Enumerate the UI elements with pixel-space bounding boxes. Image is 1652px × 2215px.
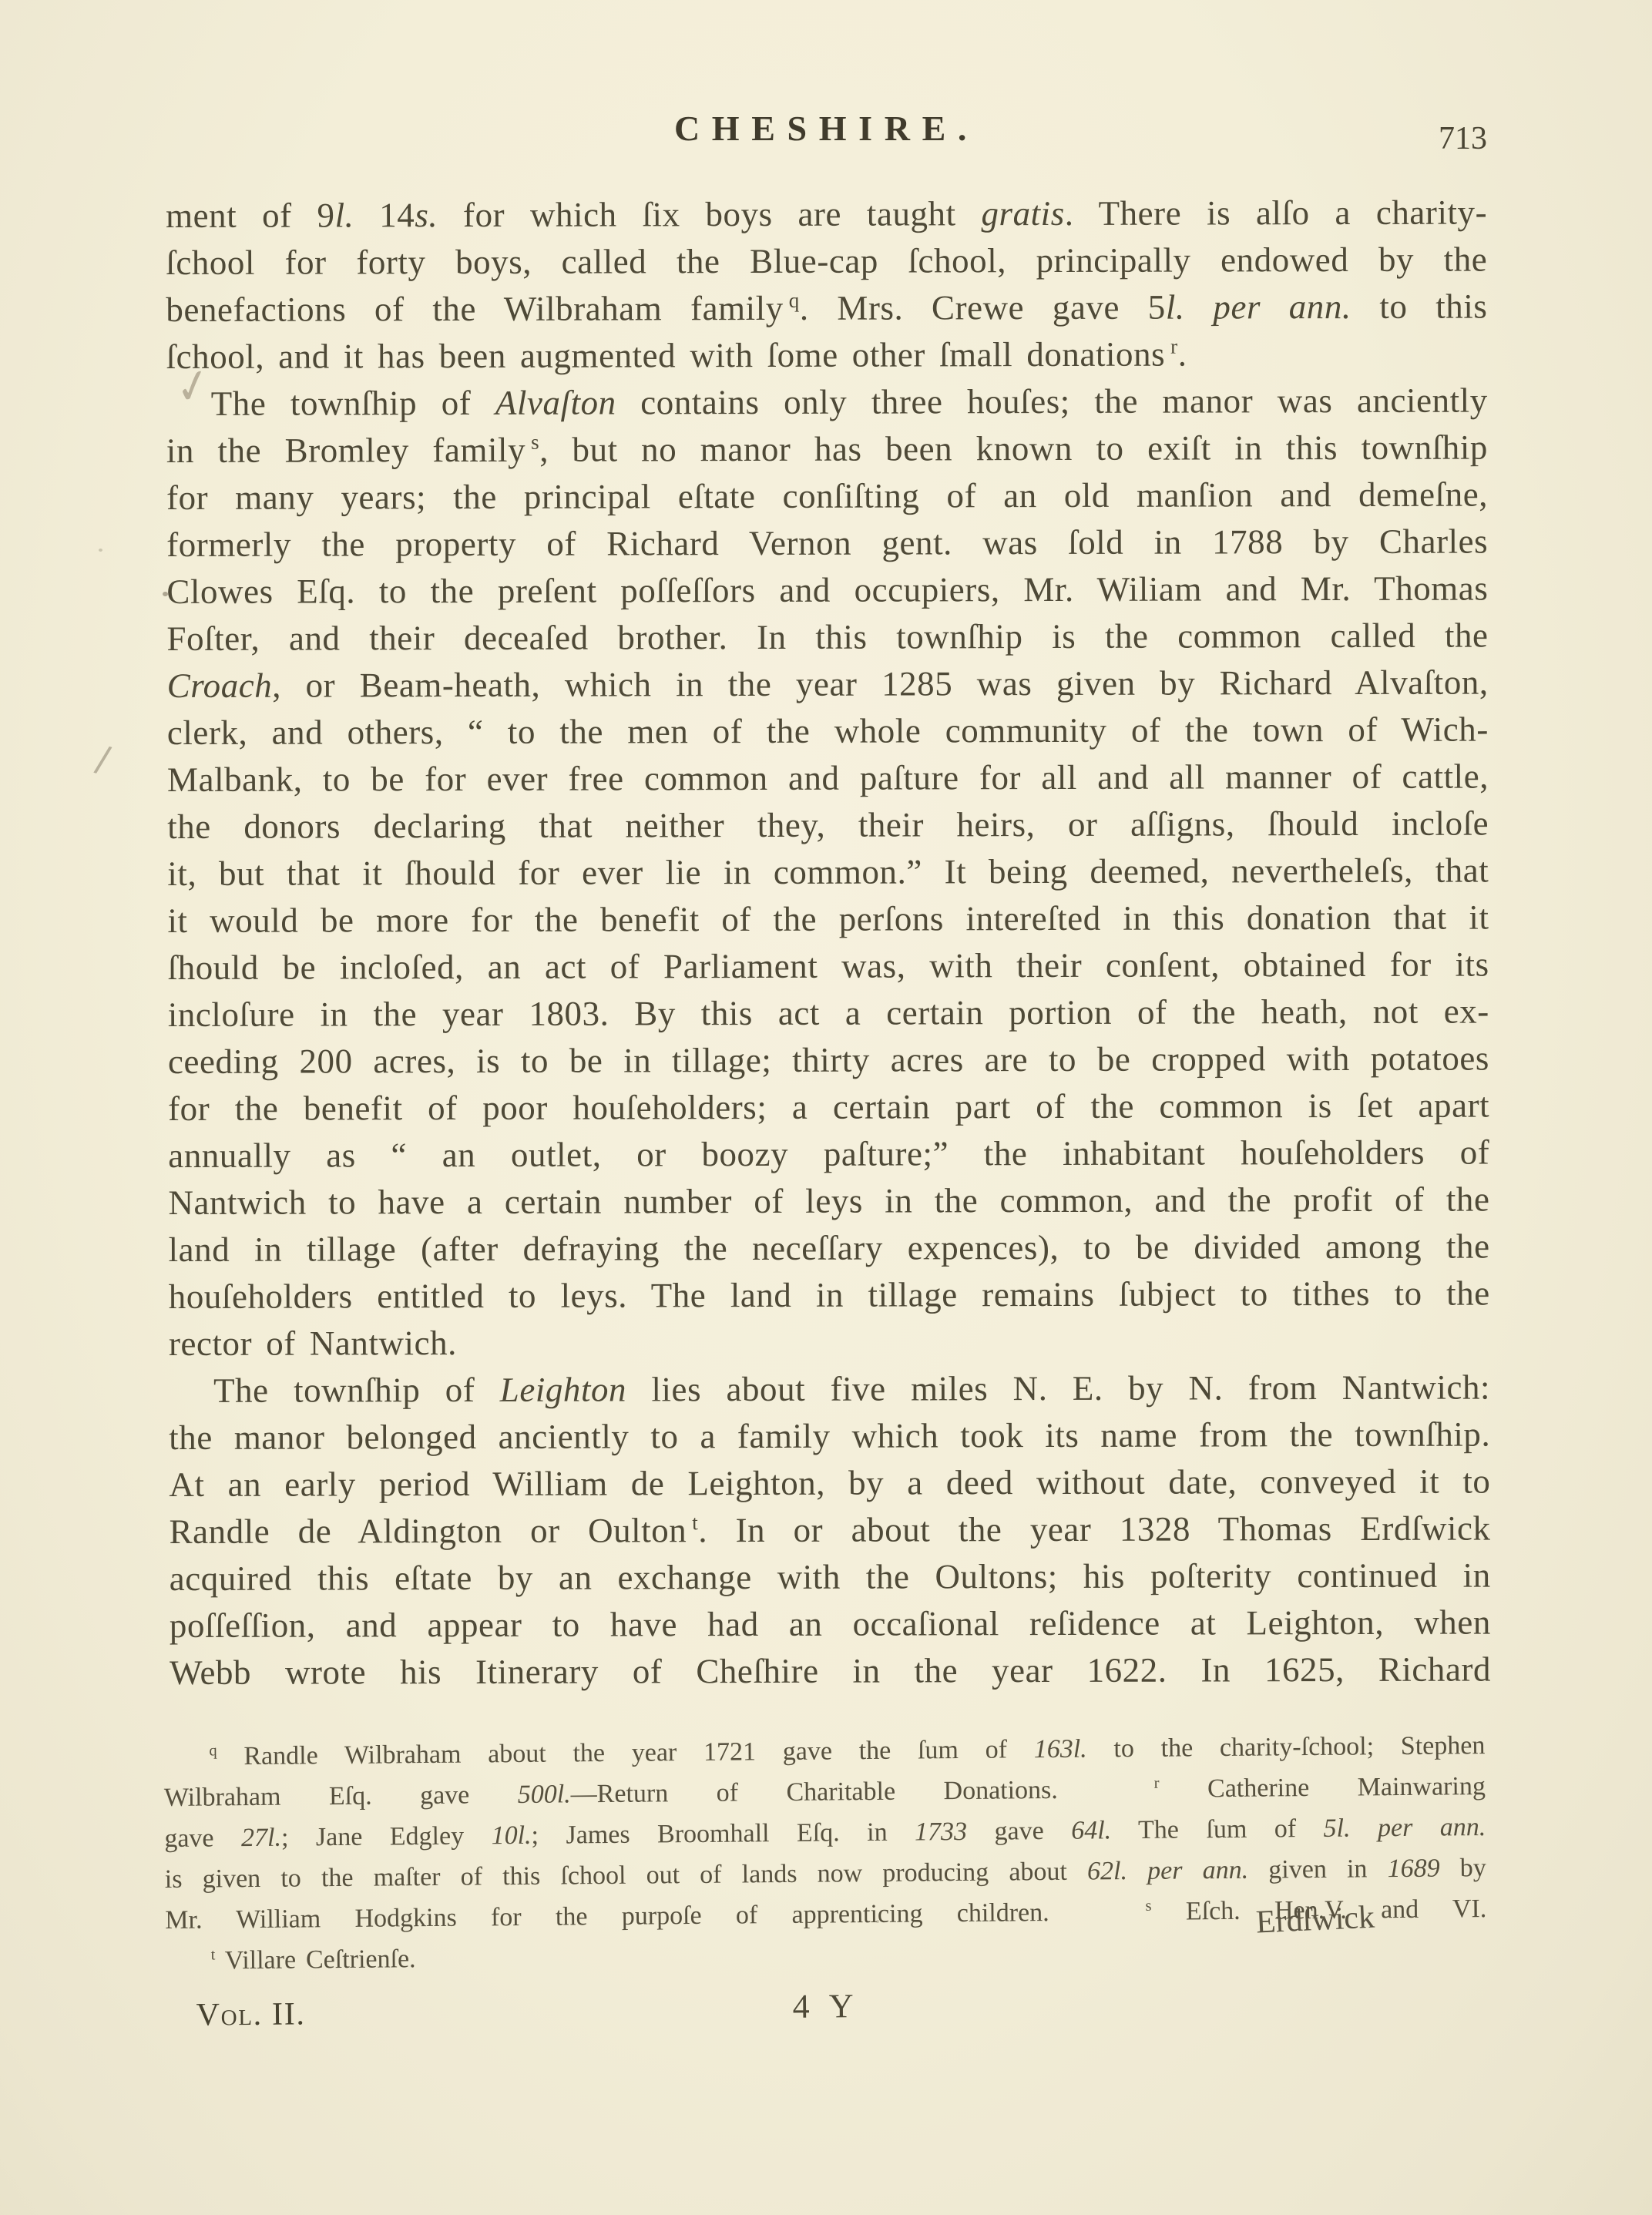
text-run: clerk, and others, “ to the men of the w… xyxy=(167,710,1489,752)
text-line: houſeholders entitled to leys. The land … xyxy=(169,1270,1490,1321)
text-run: Croach xyxy=(167,666,273,705)
text-run: rector of Nantwich. xyxy=(169,1324,457,1363)
text-run: The ſum of xyxy=(1111,1814,1324,1844)
text-run: 10l. xyxy=(491,1821,531,1850)
text-line: it, but that it ſhould for ever lie in c… xyxy=(167,847,1489,898)
text-run: the manor belonged anciently to a family… xyxy=(169,1415,1490,1457)
text-run: Catherine Mainwaring xyxy=(1159,1772,1486,1804)
book-page: CHESHIRE. 713 ment of 9l. 14s. for which… xyxy=(0,0,1652,2215)
text-run: 1733 xyxy=(915,1817,967,1847)
text-run: 14 xyxy=(354,196,415,234)
text-line: ſchool for forty boys, called the Blue-c… xyxy=(166,237,1487,287)
text-run: l. xyxy=(1166,288,1185,327)
text-run: Clowes Eſq. to the preſent poſſeſſors an… xyxy=(166,569,1488,611)
text-run: , but no manor has been known to exiſt i… xyxy=(539,428,1488,469)
text-line: annually as “ an outlet, or boozy paſtur… xyxy=(168,1129,1489,1180)
text-line: ſchool, and it has been augmented with ſ… xyxy=(166,331,1487,381)
text-run: q xyxy=(203,1742,217,1759)
footnotes: q Randle Wilbraham about the year 1721 g… xyxy=(163,1725,1487,1982)
paragraph: The townſhip of Alvaſton contains only t… xyxy=(166,378,1490,1368)
pencil-slash-icon: / xyxy=(92,737,114,780)
text-line: the manor belonged anciently to a family… xyxy=(169,1411,1490,1462)
text-run: by xyxy=(1439,1854,1486,1883)
text-line: rector of Nantwich. xyxy=(169,1317,1490,1368)
text-line: it would be more for the benefit of the … xyxy=(167,894,1489,945)
text-run: for many years; the principal eſtate con… xyxy=(166,475,1488,517)
text-line: Malbank, to be for ever free common and … xyxy=(167,753,1489,804)
text-line: land in tillage (after defraying the nec… xyxy=(169,1223,1490,1274)
text-run: is given to the maſter of this ſchool ou… xyxy=(165,1858,1088,1894)
text-run: Wilbraham Eſq. gave xyxy=(164,1780,518,1812)
text-run xyxy=(1185,287,1214,326)
text-run: lies about five miles N. E. by N. from N… xyxy=(626,1368,1490,1409)
text-run: s xyxy=(525,431,539,454)
text-run: to the charity-ſchool; Stephen xyxy=(1087,1731,1486,1764)
catchword: Erdſwick xyxy=(1255,1899,1375,1941)
text-line: for many years; the principal eſtate con… xyxy=(166,472,1488,522)
paragraph: The townſhip of Leighton lies about five… xyxy=(169,1364,1491,1696)
text-run: Randle Wilbraham about the year 1721 gav… xyxy=(217,1735,1033,1770)
footnote-gap xyxy=(1058,1797,1149,1798)
text-run: it would be more for the benefit of the … xyxy=(167,898,1489,940)
text-run: annually as “ an outlet, or boozy paſtur… xyxy=(168,1133,1489,1175)
text-run: 64l. xyxy=(1071,1816,1111,1844)
text-run: . There is alſo a charity- xyxy=(1065,193,1487,233)
text-block: CHESHIRE. 713 ment of 9l. 14s. for which… xyxy=(166,108,1487,2046)
text-run: contains only three houſes; the manor wa… xyxy=(616,381,1488,422)
text-run: Mr. William Hodgkins for the purpoſe of … xyxy=(165,1898,1049,1935)
text-run: ſhould be incloſed, an act of Parliament… xyxy=(168,945,1489,987)
text-line: incloſure in the year 1803. By this act … xyxy=(168,988,1489,1039)
text-run: gave xyxy=(967,1817,1071,1846)
text-run: formerly the property of Richard Vernon … xyxy=(166,522,1488,564)
text-run: gave xyxy=(164,1824,241,1853)
text-run: 5l. per ann. xyxy=(1323,1813,1486,1843)
text-run: land in tillage (after defraying the nec… xyxy=(169,1227,1490,1269)
text-run: r xyxy=(1165,335,1178,358)
text-run: s xyxy=(1140,1898,1152,1915)
text-run: ment of 9 xyxy=(166,196,335,235)
text-line: Foſter, and their deceaſed brother. In t… xyxy=(166,612,1488,663)
text-run: per ann. xyxy=(1213,287,1351,326)
text-run: s. xyxy=(415,196,438,234)
text-run: . xyxy=(1178,335,1187,374)
text-line: the donors declaring that neither they, … xyxy=(167,800,1489,851)
text-line: for the benefit of poor houſeholders; a … xyxy=(168,1082,1489,1133)
text-line: clerk, and others, “ to the men of the w… xyxy=(167,706,1489,757)
text-run: 62l. per ann. xyxy=(1087,1856,1248,1886)
text-run: ſchool, and it has been augmented with ſ… xyxy=(166,335,1165,376)
signature-mark: 4 Y xyxy=(165,1981,1486,2032)
text-run: Alvaſton xyxy=(495,383,616,421)
text-line: At an early period William de Leighton, … xyxy=(169,1458,1490,1509)
running-title: CHESHIRE. xyxy=(166,108,1487,149)
text-run: incloſure in the year 1803. By this act … xyxy=(168,992,1489,1034)
text-run: houſeholders entitled to leys. The land … xyxy=(169,1274,1490,1316)
text-run: ; Jane Edgley xyxy=(281,1821,492,1851)
text-run: 27l. xyxy=(241,1824,281,1852)
text-line: formerly the property of Richard Vernon … xyxy=(166,519,1488,569)
text-run: Malbank, to be for ever free common and … xyxy=(167,757,1489,799)
text-run: given in xyxy=(1248,1854,1388,1884)
text-run: The townſhip of xyxy=(213,1371,500,1410)
text-line: Clowes Eſq. to the preſent poſſeſſors an… xyxy=(166,565,1488,616)
text-run: . Mrs. Crewe gave 5 xyxy=(800,288,1166,327)
text-run: . In or about the year 1328 Thomas Erdſw… xyxy=(698,1509,1490,1550)
text-run: acquired this eſtate by an exchange with… xyxy=(170,1556,1491,1598)
paper-speck xyxy=(99,549,102,552)
page-footer: Vol. II. 4 Y xyxy=(165,1981,1487,2046)
paper-speck xyxy=(876,1920,879,1923)
text-run: , or Beam-heath, which in the year 1285 … xyxy=(272,663,1489,705)
text-run: —Return of Charitable Donations. xyxy=(571,1776,1058,1809)
text-line: ſhould be incloſed, an act of Parliament… xyxy=(168,941,1489,992)
text-run: ; James Broomhall Eſq. in xyxy=(531,1818,915,1850)
text-line: Nantwich to have a certain number of ley… xyxy=(168,1176,1489,1227)
text-run: t xyxy=(206,1946,216,1963)
page-number: 713 xyxy=(1439,120,1487,157)
text-line: acquired this eſtate by an exchange with… xyxy=(170,1552,1491,1603)
text-run: Randle de Aldington or Oulton xyxy=(169,1511,687,1551)
text-run: Leighton xyxy=(500,1370,626,1408)
text-run: poſſeſſion, and appear to have had an oc… xyxy=(170,1603,1491,1645)
text-run: ſchool for forty boys, called the Blue-c… xyxy=(166,240,1487,282)
text-run: benefactions of the Wilbraham family xyxy=(166,289,784,329)
text-run: Nantwich to have a certain number of ley… xyxy=(168,1180,1489,1222)
text-run: for which ſix boys are taught xyxy=(438,194,981,234)
text-line: Webb wrote his Itinerary of Cheſhire in … xyxy=(170,1646,1491,1696)
text-run: Villare Ceſtrienſe. xyxy=(215,1945,415,1975)
text-line: Randle de Aldington or Oultont. In or ab… xyxy=(169,1505,1490,1556)
text-run: 500l. xyxy=(518,1780,571,1809)
text-run: gratis xyxy=(981,194,1064,233)
text-run: t xyxy=(687,1511,698,1534)
text-run: for the benefit of poor houſeholders; a … xyxy=(168,1086,1489,1128)
text-line: ceeding 200 acres, is to be in tillage; … xyxy=(168,1035,1489,1086)
text-run: The townſhip of xyxy=(211,384,495,423)
footnote-gap xyxy=(1049,1920,1140,1921)
text-run: r xyxy=(1149,1774,1160,1791)
text-line: poſſeſſion, and appear to have had an oc… xyxy=(170,1599,1491,1650)
text-run: the donors declaring that neither they, … xyxy=(167,804,1489,846)
text-line: in the Bromley familys, but no manor has… xyxy=(166,425,1488,475)
text-line: Croach, or Beam-heath, which in the year… xyxy=(167,659,1489,710)
text-run: At an early period William de Leighton, … xyxy=(169,1462,1490,1504)
text-run: q xyxy=(784,289,800,312)
text-run: it, but that it ſhould for ever lie in c… xyxy=(167,851,1489,893)
text-run: l. xyxy=(334,196,354,234)
text-line: The townſhip of Alvaſton contains only t… xyxy=(166,378,1488,428)
body-text: ment of 9l. 14s. for which ſix boys are … xyxy=(166,190,1491,1696)
paragraph: ment of 9l. 14s. for which ſix boys are … xyxy=(166,190,1488,381)
text-run: Webb wrote his Itinerary of Cheſhire in … xyxy=(170,1650,1491,1692)
text-run: ceeding 200 acres, is to be in tillage; … xyxy=(168,1039,1489,1081)
text-run: to this xyxy=(1351,287,1488,326)
text-run: 1689 xyxy=(1387,1854,1439,1884)
page-header: CHESHIRE. 713 xyxy=(166,108,1487,176)
text-line: benefactions of the Wilbraham familyq. M… xyxy=(166,284,1487,334)
text-run: 163l. xyxy=(1034,1735,1087,1764)
paper-speck xyxy=(163,592,168,596)
text-run: in the Bromley family xyxy=(166,431,525,470)
text-run: Foſter, and their deceaſed brother. In t… xyxy=(166,616,1488,658)
text-line: ment of 9l. 14s. for which ſix boys are … xyxy=(166,190,1487,240)
text-line: The townſhip of Leighton lies about five… xyxy=(169,1364,1490,1415)
